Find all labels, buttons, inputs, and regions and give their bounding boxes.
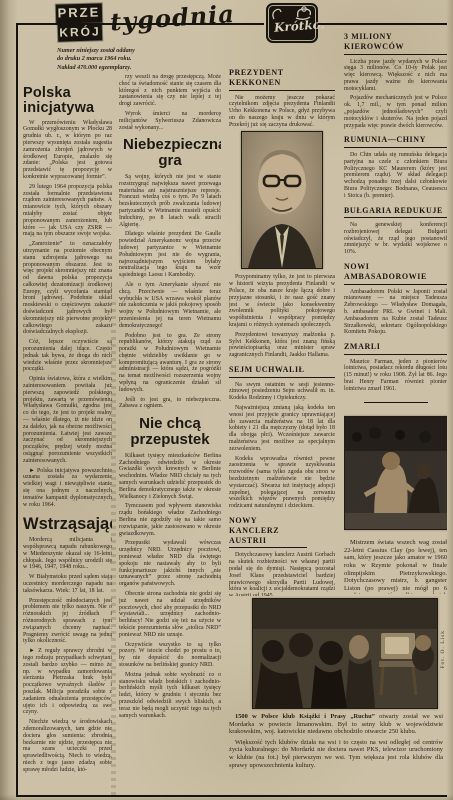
kekkonen-portrait-photo xyxy=(241,131,323,269)
paragraph: Są wojny, których nie jest w stanie rozs… xyxy=(119,174,221,228)
section-kanclerz: Dotychczasowy kanclerz Austrii Gorbach n… xyxy=(229,552,335,596)
paragraph: Przestępczość młodocianych jest probleme… xyxy=(23,598,112,646)
print-note: Numer niniejszy został oddany do druku 2… xyxy=(57,47,181,72)
paragraph: Na swym ostatnim w sesji jesienno-zimowe… xyxy=(229,382,335,402)
paragraph: Ambasadorem Polski w Japonii został mian… xyxy=(344,289,447,337)
paragraph: Mordercą milicjanta i współsprawcą napad… xyxy=(23,537,112,571)
section-kierowcy: Liczba praw jazdy wydanych w Polsce sięg… xyxy=(344,59,447,130)
paragraph: Nie możemy jeszcze pokazać czytelnikom z… xyxy=(229,95,335,129)
headline-polska-inicjatywa: Polska inicjatywa xyxy=(23,86,112,116)
frame-rule-bottom xyxy=(16,795,447,797)
paragraph: Można jednak sobie wyobrazić co o stanow… xyxy=(119,672,221,720)
paragraph: Obecnie strona zachodnia nie godzi się j… xyxy=(119,591,221,639)
column-2: rzy weszli na drogę przestępczą. Może ch… xyxy=(119,74,221,795)
headline-rumunia-chiny: RUMUNIA—CHINY xyxy=(344,135,447,148)
headline-niebezpieczna-gra: Niebezpieczna gra xyxy=(123,137,217,168)
krotko-badge: Krótko: xyxy=(266,3,318,43)
boxing-caption: Mistrzem świata wszech wag został 22-let… xyxy=(344,539,447,594)
paragraph: „Zamrożenie” to oznaczałoby utrzymanie n… xyxy=(23,241,112,336)
masthead-logo-bottom: KRÓJ xyxy=(58,23,103,42)
headline-bulgaria-redukuje: BUŁGARIA REDUKUJE xyxy=(344,206,447,219)
club-mordarka-photo xyxy=(252,598,438,709)
section-divider-rule xyxy=(364,402,428,404)
paragraph: Do Chin udała się rumuńska delegacja par… xyxy=(344,152,447,200)
paragraph: 29 lutego 1964 propozycja polska została… xyxy=(23,184,112,238)
paragraph: 1500 w Polsce klub Książki i Prasy „Ruch… xyxy=(229,713,443,736)
paragraph: Mistrzem świata wszech wag został 22-let… xyxy=(344,539,447,594)
headline-sejm-uchwalil: SEJM UCHWALIŁ xyxy=(229,365,335,378)
section-continuation: rzy weszli na drogę przestępczą. Może ch… xyxy=(119,74,221,131)
column-1: Polska inicjatywa W przemówieniu Władysł… xyxy=(23,84,112,795)
masthead-script-title: tygodnia xyxy=(109,0,271,37)
section-zmarli: Maurice Farman, jeden z pionierów lotnic… xyxy=(344,359,447,393)
section-wstrzasajace: Mordercą milicjanta i współsprawcą napad… xyxy=(23,537,112,773)
paragraph: W przemówieniu Władysława Gomułki wygłos… xyxy=(23,120,112,181)
section-rumunia-chiny: Do Chin udała się rumuńska delegacja par… xyxy=(344,152,447,200)
section-kekkonen-intro: Nie możemy jeszcze pokazać czytelnikom z… xyxy=(229,95,335,129)
headline-nowy-kanclerz: NOWY KANCLERZ AUSTRII xyxy=(229,516,307,549)
paragraph: Jeśli to jest gra, to niebezpieczna. Zab… xyxy=(119,397,221,411)
paragraph: Pojazdów mechanicznych jest w Polsce ok.… xyxy=(344,95,447,129)
paragraph: Niechże wiedzą w środowiskach zdemoraliz… xyxy=(23,719,112,773)
section-kekkonen-body: Przypominamy tylko, że jest to pierwsza … xyxy=(229,274,335,359)
frame-rule-top-left xyxy=(16,23,264,25)
paragraph: Przypominamy tylko, że jest to pierwsza … xyxy=(229,274,335,328)
paragraph: ► Z reguły sprawcy zbrodni w tego rodzaj… xyxy=(23,648,112,716)
paragraph: Kodeks wprowadza również pewne zaostrzen… xyxy=(229,456,335,510)
section-sejm: Na swym ostatnim w sesji jesienno-zimowe… xyxy=(229,382,335,510)
paragraph: ► Polska inicjatywa powszechnie uznana z… xyxy=(23,468,112,509)
paragraph: W Białymstoku przed sądem stają uczestni… xyxy=(23,574,112,594)
paragraph: Przepustki wydawali wówczas urzędnicy NR… xyxy=(119,540,221,588)
paragraph: Na genewskiej konferencji rozbrojeniowej… xyxy=(344,222,447,256)
paragraph: Prezydentowi towarzyszy małżonka p. Sylv… xyxy=(229,332,335,359)
paragraph: Kilkaset tysięcy mieszkańców Berlina Zac… xyxy=(119,453,221,501)
club-caption: 1500 w Polsce klub Książki i Prasy „Ruch… xyxy=(229,713,443,795)
headline-3-miliony-kierowcow: 3 MILIONY KIEROWCÓW xyxy=(344,32,447,55)
headline-wstrzasajace: Wstrząsające xyxy=(23,516,112,533)
paragraph: Podobno jest to gra. Ze strony republika… xyxy=(119,333,221,394)
paragraph: Najważniejszą zmianą jaką kodeks ten wno… xyxy=(229,405,335,453)
krotko-label: Krótko: xyxy=(274,17,326,35)
paragraph: Opinia światowa, która z wielkim zainter… xyxy=(23,376,112,464)
newspaper-page: PRZE KRÓJ tygodnia Numer niniejszy zosta… xyxy=(0,0,453,800)
boxing-clay-liston-photo xyxy=(344,416,447,530)
frame-rule-left xyxy=(16,23,18,797)
paragraph: Tymczasem pod wpływem stanowiska rządu b… xyxy=(119,503,221,537)
section-niebezpieczna-gra: Są wojny, których nie jest w stanie rozs… xyxy=(119,174,221,410)
paragraph: Większość tych klubów działa na wsi i to… xyxy=(229,739,443,769)
paragraph: Cóż, lepsze oczywiście są porozumienia d… xyxy=(23,339,112,373)
column-4: 3 MILIONY KIEROWCÓW Liczba praw jazdy wy… xyxy=(344,26,447,594)
headline-prezydent-kekkonen: PREZYDENT KEKKONEN xyxy=(229,68,335,91)
paragraph: Oczywiście wszystko to są tylko pozory. … xyxy=(119,642,221,669)
paragraph: Dotychczasowy kanclerz Austrii Gorbach n… xyxy=(229,552,335,596)
section-bulgaria: Na genewskiej konferencji rozbrojeniowej… xyxy=(344,222,447,256)
headline-nowi-ambasadorowie: NOWI AMBASADOROWIE xyxy=(344,262,447,285)
photo-credit: Fot. O. Lisk xyxy=(440,630,446,669)
paragraph: Dlatego właśnie prezydent De Gaulle powi… xyxy=(119,231,221,279)
headline-zmarli: ZMARLI xyxy=(344,342,447,355)
caption-lead: 1500 w Polsce klub Książki i Prasy „Ruch… xyxy=(235,713,375,720)
paragraph: Ale o tym Amerykanie słyszeć nie chcą. P… xyxy=(119,282,221,330)
section-ambasadorowie: Ambasadorem Polski w Japonii został mian… xyxy=(344,289,447,337)
paragraph: Maurice Farman, jeden z pionierów lotnic… xyxy=(344,359,447,393)
paragraph: Liczba praw jazdy wydanych w Polsce sięg… xyxy=(344,59,447,93)
paragraph: Wyrok śmierci na mordercę milicjantów Sy… xyxy=(119,111,221,131)
section-nie-chca-przepustek: Kilkaset tysięcy mieszkańców Berlina Zac… xyxy=(119,453,221,719)
headline-nie-chca-przepustek: Nie chcą przepustek xyxy=(123,416,217,447)
paragraph: rzy weszli na drogę przestępczą. Może ch… xyxy=(119,74,221,108)
column-3: PREZYDENT KEKKONEN Nie możemy jeszcze po… xyxy=(229,62,335,596)
masthead-logo-top: PRZE xyxy=(56,3,102,23)
section-polska-inicjatywa: W przemówieniu Władysława Gomułki wygłos… xyxy=(23,120,112,509)
